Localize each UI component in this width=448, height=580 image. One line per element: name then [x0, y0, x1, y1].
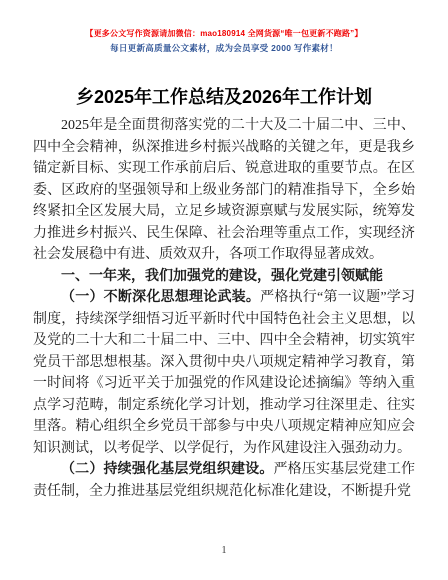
- paragraph-lead: （一）不断深化思想理论武装。: [61, 290, 260, 305]
- paragraph-lead: （二）持续强化基层党组织建设。: [61, 462, 274, 477]
- document-page: 【更多公文写作资源请加微信：mao180914 全网货源“唯一包更新不跑路”】 …: [0, 0, 448, 580]
- promo-line-red: 【更多公文写作资源请加微信：mao180914 全网货源“唯一包更新不跑路”】: [33, 27, 415, 40]
- promo-header: 【更多公文写作资源请加微信：mao180914 全网货源“唯一包更新不跑路”】 …: [33, 27, 415, 55]
- body-paragraph: （二）持续强化基层党组织建设。严格压实基层党建工作责任制，全力推进基层党组织规范…: [33, 459, 415, 502]
- body-paragraph: （一）不断深化思想理论武装。严格执行“第一议题”学习制度，持续深学细悟习近平新时…: [33, 287, 415, 459]
- section-heading: 一、一年来，我们加强党的建设，强化党建引领赋能: [33, 266, 415, 288]
- document-title: 乡2025年工作总结及2026年工作计划: [33, 85, 415, 109]
- document-body: 2025年是全面贯彻落实党的二十大及二十届二中、三中、四中全会精神，纵深推进乡村…: [33, 115, 415, 502]
- paragraph-lead: 一、一年来，我们加强党的建设，强化党建引领赋能: [61, 269, 383, 284]
- paragraph-text: 2025年是全面贯彻落实党的二十大及二十届二中、三中、四中全会精神，纵深推进乡村…: [33, 118, 415, 262]
- paragraph-text: 严格执行“第一议题”学习制度，持续深学细悟习近平新时代中国特色社会主义思想，以及…: [33, 290, 415, 456]
- promo-line-blue: 每日更新高质量公文素材，成为会员享受 2000 写作素材！: [33, 42, 415, 55]
- page-number: 1: [0, 545, 448, 556]
- body-paragraph: 2025年是全面贯彻落实党的二十大及二十届二中、三中、四中全会精神，纵深推进乡村…: [33, 115, 415, 266]
